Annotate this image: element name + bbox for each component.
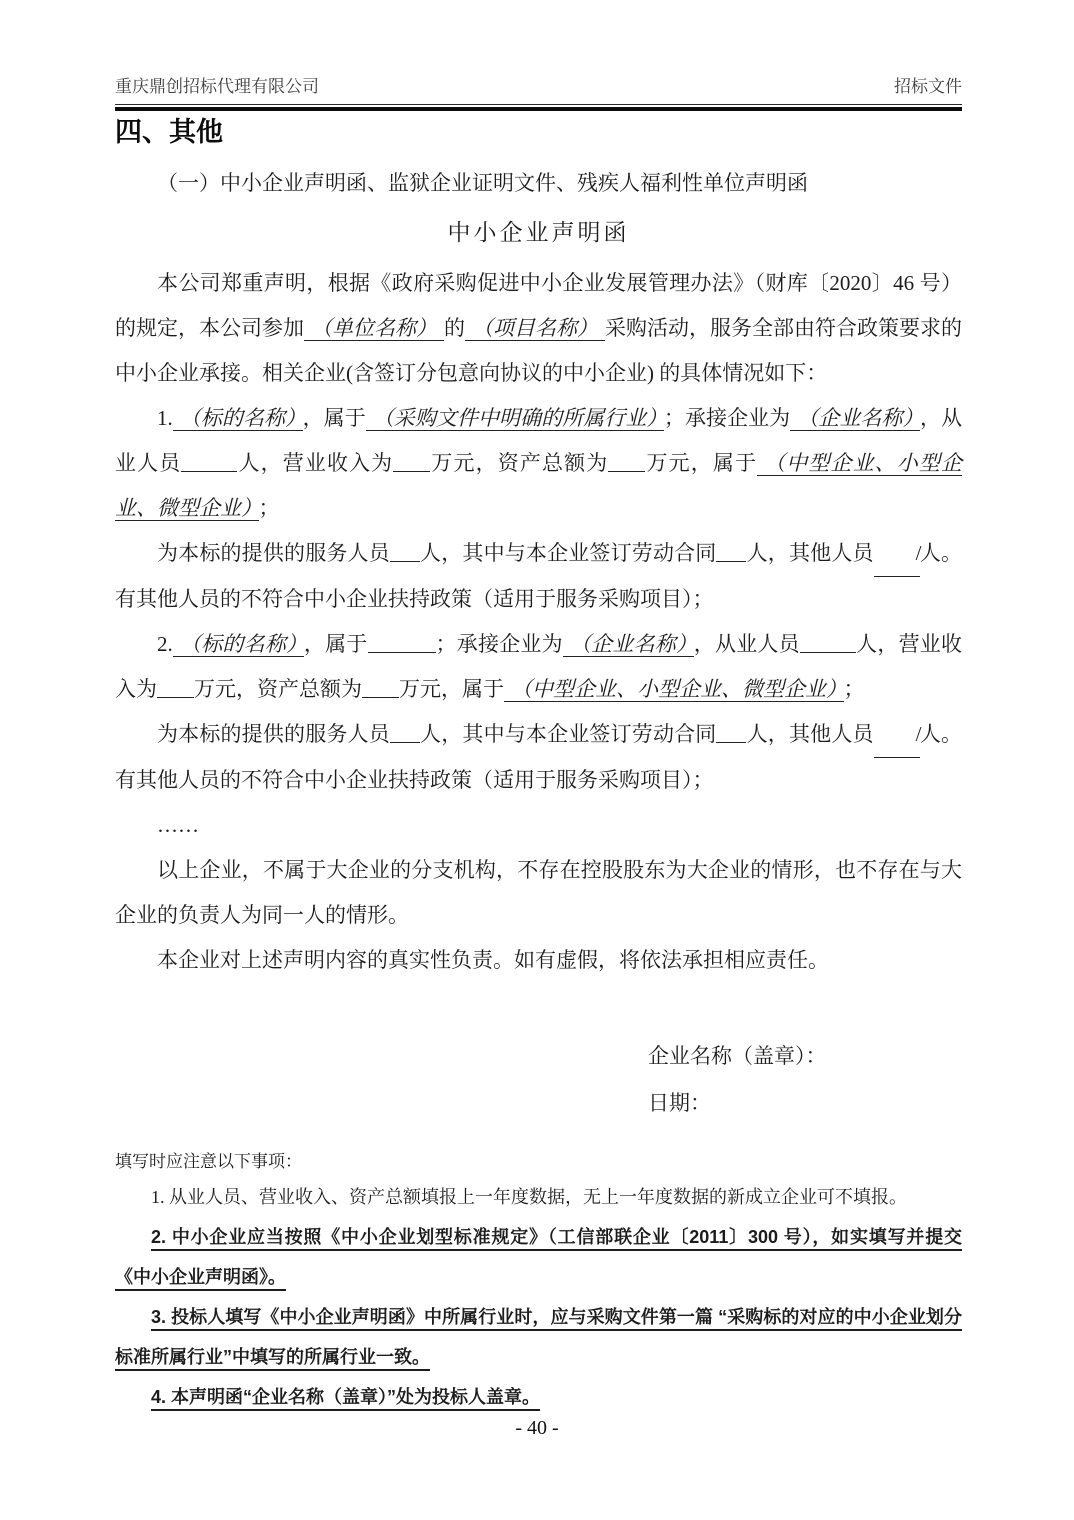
blank-field [368,633,436,653]
blank-field [390,723,420,743]
text-run: 人，其他人员 [746,541,873,565]
blank-field [608,452,645,472]
letter-title: 中小企业声明函 [115,215,962,251]
declaration-intro-paragraph: 本公司郑重声明，根据《政府采购促进中小企业发展管理办法》（财库〔2020〕46 … [115,261,962,396]
text-run: ，从业人员 [694,632,800,656]
notes-intro: 填写时应注意以下事项： [115,1147,962,1177]
placeholder-field: （标的名称） [173,406,303,431]
text-run: ；承接企业为 [436,632,563,656]
note-item: 1. 从业人员、营业收入、资产总额填报上一年度数据，无上一年度数据的新成立企业可… [115,1177,962,1217]
text-run: ； [844,677,865,701]
placeholder-field: （单位名称） [304,316,444,341]
note-item: 3. 投标人填写《中小企业声明函》中所属行业时，应与采购文件第一篇 “采购标的对… [115,1297,962,1377]
placeholder-field: （企业名称） [563,632,694,657]
text-run: 人，其中与本企业签订劳动合同 [420,722,717,746]
signature-company-seal-line: 企业名称（盖章）： [648,1033,962,1080]
section-title: 四、其他 [115,114,962,150]
signature-date-line: 日期： [648,1080,962,1127]
text-run: ，属于 [304,632,368,656]
blank-field [716,723,746,743]
placeholder-field: （项目名称） [465,316,605,341]
text-run: ；承接企业为 [664,406,790,430]
text-run: 2. [157,632,173,656]
header-rule-thin [115,104,962,105]
header-doc-label: 招标文件 [894,72,962,97]
item-2-paragraph: 2.（标的名称），属于；承接企业为（企业名称），从业人员人，营业收入为万元，资产… [115,622,962,712]
note-item: 4. 本声明函“企业名称（盖章）”处为投标人盖章。 [115,1377,962,1417]
text-run: ； [259,496,280,520]
ellipsis-paragraph: …… [115,803,962,848]
service-staff-paragraph-1: 为本标的提供的服务人员人，其中与本企业签订劳动合同人，其他人员/人。有其他人员的… [115,531,962,622]
placeholder-field: （标的名称） [173,632,304,657]
text-run: 人，其中与本企业签订劳动合同 [420,541,717,565]
text-run: 为本标的提供的服务人员 [157,722,390,746]
blank-field [390,542,420,562]
document-page: 重庆鼎创招标代理有限公司 招标文件 四、其他 （一）中小企业声明函、监狱企业证明… [0,0,1074,1520]
placeholder-field: （中型企业、小型企业、微型企业） [504,677,844,702]
note-item: 2. 中小企业应当按照《中小企业划型标准规定》（工信部联企业〔2011〕300 … [115,1217,962,1297]
no-large-enterprise-paragraph: 以上企业，不属于大企业的分支机构，不存在控股股东为大企业的情形，也不存在与大企业… [115,848,962,938]
text-run: 本企业对上述声明内容的真实性负责。如有虚假，将依法承担相应责任。 [157,948,829,972]
subsection-title: （一）中小企业声明函、监狱企业证明文件、残疾人福利性单位声明函 [115,163,962,203]
blank-field [157,678,194,698]
text-run: 为本标的提供的服务人员 [157,541,390,565]
text-run: 人，其他人员 [746,722,873,746]
text-run: 万元，资产总额为 [430,451,608,475]
text-run: 万元，属于 [645,451,757,475]
blank-field [716,542,746,562]
text-run: 以上企业，不属于大企业的分支机构，不存在控股股东为大企业的情形，也不存在与大企业… [115,858,962,927]
header-company-name: 重庆鼎创招标代理有限公司 [115,72,319,97]
slash-blank-field: / [874,531,920,577]
text-run: …… [157,813,199,837]
text-run: 万元，属于 [399,677,504,701]
placeholder-field: （采购文件中明确的所属行业） [366,406,664,431]
text-run: 1. [157,406,173,430]
blank-field [800,633,856,653]
text-run: ，属于 [303,406,366,430]
service-staff-paragraph-2: 为本标的提供的服务人员人，其中与本企业签订劳动合同人，其他人员/人。有其他人员的… [115,712,962,803]
signature-block: 企业名称（盖章）： 日期： [648,1033,962,1127]
responsibility-paragraph: 本企业对上述声明内容的真实性负责。如有虚假，将依法承担相应责任。 [115,938,962,983]
item-1-paragraph: 1.（标的名称），属于（采购文件中明确的所属行业）；承接企业为（企业名称），从业… [115,396,962,531]
header-rule-thick [115,107,962,111]
text-run: 人，营业收入为 [237,451,393,475]
blank-field [393,452,430,472]
text-run: 万元，资产总额为 [194,677,362,701]
notes-list: 1. 从业人员、营业收入、资产总额填报上一年度数据，无上一年度数据的新成立企业可… [115,1177,962,1417]
text-run: 的 [444,316,465,340]
slash-blank-field: / [874,712,920,758]
letter-body: 本公司郑重声明，根据《政府采购促进中小企业发展管理办法》（财库〔2020〕46 … [115,261,962,983]
page-number: - 40 - [0,1417,1074,1440]
blank-field [181,452,237,472]
blank-field [362,678,399,698]
placeholder-field: （企业名称） [790,406,920,431]
page-header: 重庆鼎创招标代理有限公司 招标文件 [115,72,962,104]
